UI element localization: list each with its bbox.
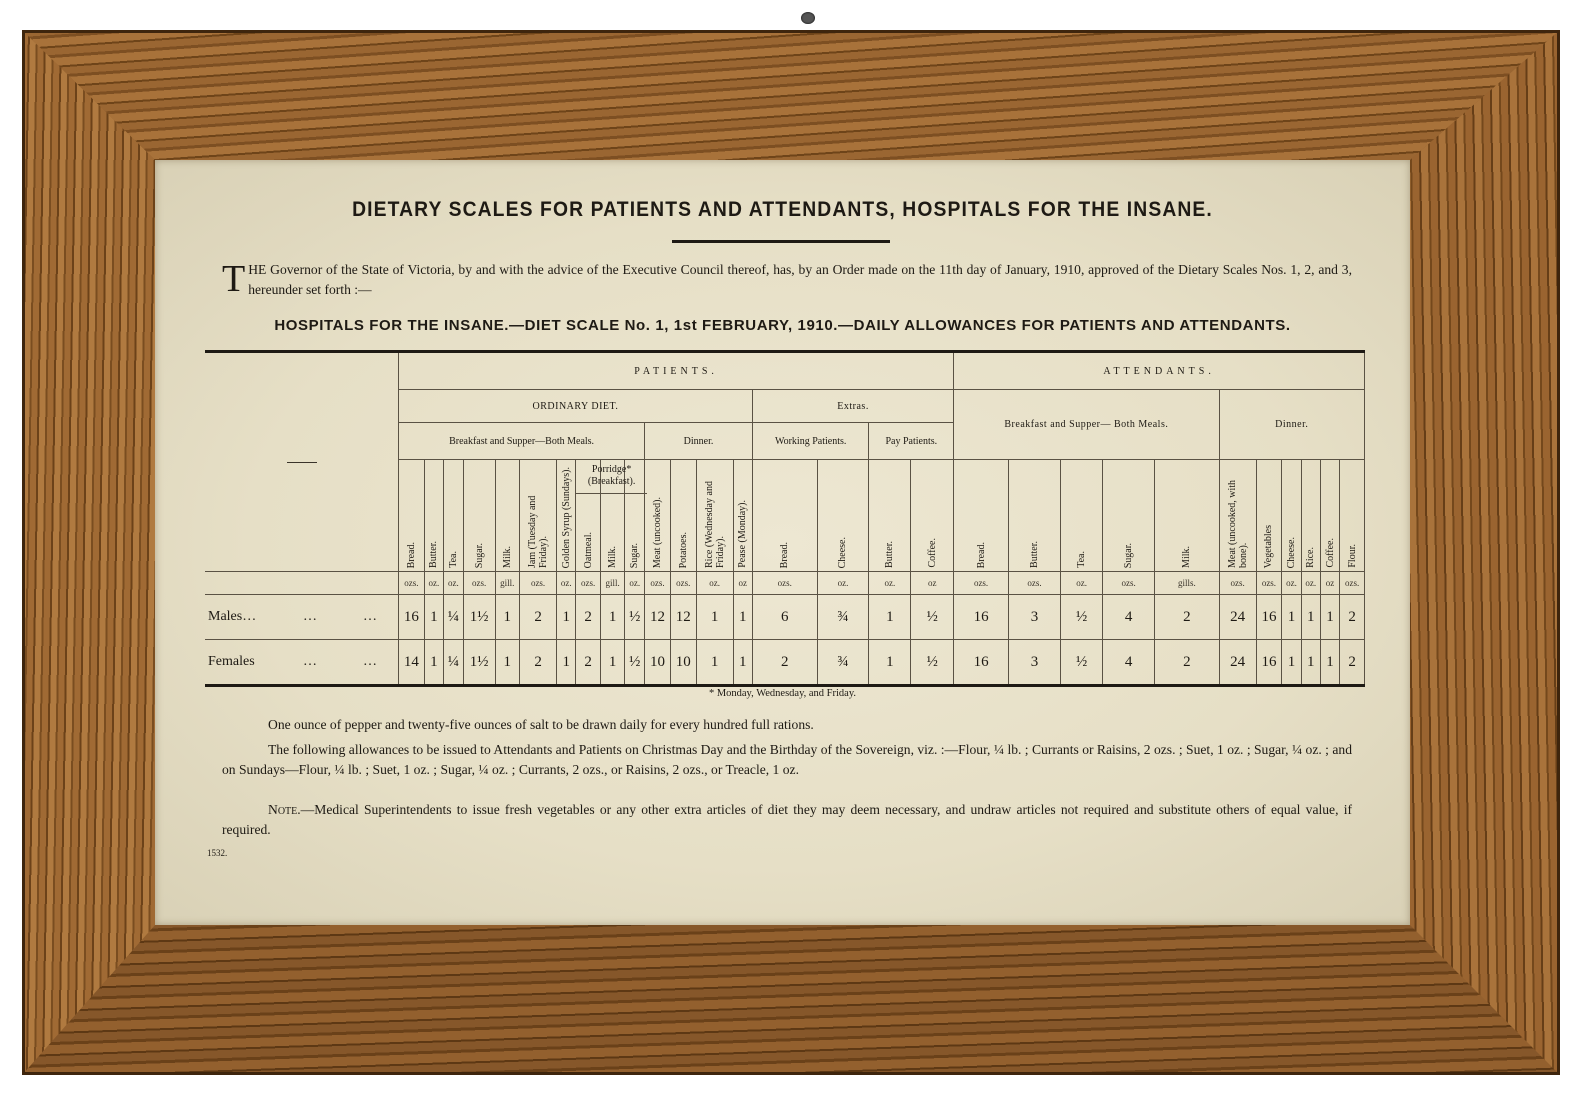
unit-cell: oz. [424,572,443,595]
note-paragraph: Note.—Medical Superintendents to issue f… [222,800,1352,840]
unit-cell: ozs. [645,572,671,595]
unit-cell: ozs. [520,572,557,595]
row-label: Males……… [205,595,399,640]
value-cell: 1 [424,640,443,686]
value-cell: 1 [600,595,625,640]
unit-cell: ozs. [1340,572,1365,595]
col-header: Cheese. [1282,460,1301,572]
table-row-females: Females…… 14 1 ¼ 1½ 1 2 1 2 1 ½ 10 10 1 … [205,640,1365,686]
value-cell: 12 [670,595,696,640]
unit-cell: ozs. [463,572,495,595]
porridge-footnote: * Monday, Wednesday, and Friday. [155,688,1410,699]
value-cell: 1 [1282,595,1301,640]
value-cell: 1 [557,640,576,686]
value-cell: 1 [557,595,576,640]
unit-cell: ozs. [752,572,817,595]
units-row: ozs. oz. oz. ozs. gill. ozs. oz. ozs. gi… [205,572,1365,595]
unit-cell: ozs. [954,572,1009,595]
unit-cell: ozs. [670,572,696,595]
row-label: Females…… [205,640,399,686]
unit-cell: oz. [1301,572,1320,595]
unit-cell: ozs. [1219,572,1256,595]
col-header: Porridge* (Breakfast). Oatmeal. [576,460,601,572]
value-cell: 1 [733,640,752,686]
col-header: Jam (Tuesday and Friday). [520,460,557,572]
value-cell: ¾ [817,640,869,686]
value-cell: 6 [752,595,817,640]
attendants-header: ATTENDANTS. [954,352,1365,390]
col-header: Flour. [1340,460,1365,572]
col-header: Milk. [495,460,520,572]
value-cell: 1½ [463,595,495,640]
unit-cell: oz. [869,572,911,595]
intro-text: HE Governor of the State of Victoria, by… [248,262,1352,297]
unit-cell: gills. [1155,572,1219,595]
col-header: Pease (Monday). [733,460,752,572]
unit-cell: ozs. [1103,572,1155,595]
value-cell: 24 [1219,595,1256,640]
value-cell: 2 [1155,595,1219,640]
value-cell: 2 [1155,640,1219,686]
unit-cell: oz. [625,572,645,595]
drop-cap: T [222,262,245,296]
col-header: Coffee. [911,460,954,572]
value-cell: 1 [869,595,911,640]
unit-cell: oz. [444,572,464,595]
value-cell: ½ [911,595,954,640]
frame-rail-right [1410,30,1560,1075]
value-cell: 16 [1256,595,1282,640]
print-number: 1532. [207,848,227,858]
value-cell: ½ [625,595,645,640]
note-label: Note. [268,802,301,817]
col-header: Rice (Wednesday and Friday). [696,460,733,572]
value-cell: 1 [1301,640,1320,686]
intro-paragraph: T HE Governor of the State of Victoria, … [222,260,1352,300]
col-header: Sugar. [463,460,495,572]
col-header: Meat (uncooked, with bone). [1219,460,1256,572]
value-cell: 16 [954,595,1009,640]
col-header: Butter. [1008,460,1060,572]
units-label-cell [205,572,399,595]
col-header: Vegetables [1256,460,1282,572]
extras-header: Extras. [752,390,953,423]
unit-cell: oz. [1282,572,1301,595]
value-cell: 1 [495,640,520,686]
patients-dinner-header: Dinner. [645,423,753,460]
value-cell: 12 [645,595,671,640]
value-cell: 2 [576,640,601,686]
value-cell: 2 [1340,640,1365,686]
value-cell: 4 [1103,595,1155,640]
unit-cell: oz [1320,572,1339,595]
col-header: Cheese. [817,460,869,572]
value-cell: 2 [520,640,557,686]
value-cell: 3 [1008,640,1060,686]
value-cell: 1 [424,595,443,640]
table-row-males: Males……… 16 1 ¼ 1½ 1 2 1 2 1 ½ 12 12 1 1… [205,595,1365,640]
holiday-allowances-paragraph: The following allowances to be issued to… [222,740,1352,780]
unit-cell: ozs. [1008,572,1060,595]
unit-cell: oz. [817,572,869,595]
value-cell: 10 [645,640,671,686]
porridge-header: Porridge* (Breakfast). [576,460,647,494]
value-cell: 3 [1008,595,1060,640]
frame-rail-left [22,30,155,1075]
unit-cell: oz. [696,572,733,595]
value-cell: 2 [752,640,817,686]
working-patients-header: Working Patients. [752,423,869,460]
value-cell: 1 [1301,595,1320,640]
pepper-salt-paragraph: One ounce of pepper and twenty-five ounc… [222,715,1352,735]
value-cell: 1 [733,595,752,640]
unit-cell: oz. [1061,572,1103,595]
col-header: Tea. [444,460,464,572]
value-cell: ½ [1061,595,1103,640]
unit-cell: gill. [600,572,625,595]
unit-cell: gill. [495,572,520,595]
unit-cell: ozs. [1256,572,1282,595]
frame-rail-top [22,30,1560,160]
corner-cell [205,352,399,572]
col-header: Golden Syrup (Sundays). [557,460,576,572]
value-cell: ¼ [444,640,464,686]
col-header: Butter. [869,460,911,572]
hanging-nail [801,12,815,24]
col-header: Meat (uncooked). [645,460,671,572]
value-cell: 16 [954,640,1009,686]
unit-cell: ozs. [576,572,601,595]
value-cell: 1 [1320,640,1339,686]
dietary-table: PATIENTS. ATTENDANTS. ORDINARY DIET. Ext… [205,350,1365,687]
value-cell: 1 [1282,640,1301,686]
note-text: —Medical Superintendents to issue fresh … [222,802,1352,837]
unit-cell: oz [733,572,752,595]
col-header: Butter. [424,460,443,572]
unit-cell: oz [911,572,954,595]
value-cell: ¾ [817,595,869,640]
value-cell: 4 [1103,640,1155,686]
printed-notice: DIETARY SCALES FOR PATIENTS AND ATTENDAN… [155,160,1410,925]
value-cell: ¼ [444,595,464,640]
value-cell: 14 [399,640,425,686]
value-cell: ½ [625,640,645,686]
col-header: Rice. [1301,460,1320,572]
patients-breakfast-supper-header: Breakfast and Supper—Both Meals. [399,423,645,460]
col-header: Sugar. [1103,460,1155,572]
value-cell: 2 [1340,595,1365,640]
unit-cell: oz. [557,572,576,595]
pay-patients-header: Pay Patients. [869,423,954,460]
patients-header: PATIENTS. [399,352,954,390]
col-header: Potatoes. [670,460,696,572]
page-title: DIETARY SCALES FOR PATIENTS AND ATTENDAN… [205,198,1360,222]
value-cell: 16 [1256,640,1282,686]
col-header: Tea. [1061,460,1103,572]
col-header: Bread. [954,460,1009,572]
col-header: Coffee. [1320,460,1339,572]
title-rule [672,240,890,243]
corner-dash [287,462,317,463]
value-cell: 1 [600,640,625,686]
value-cell: 1 [696,640,733,686]
value-cell: 2 [520,595,557,640]
ordinary-diet-header: ORDINARY DIET. [399,390,753,423]
value-cell: 1 [1320,595,1339,640]
value-cell: 2 [576,595,601,640]
value-cell: 24 [1219,640,1256,686]
value-cell: 10 [670,640,696,686]
attendants-breakfast-supper-header: Breakfast and Supper— Both Meals. [954,390,1219,460]
value-cell: 1 [869,640,911,686]
unit-cell: ozs. [399,572,425,595]
value-cell: 1½ [463,640,495,686]
value-cell: 1 [495,595,520,640]
col-header: Milk. [1155,460,1219,572]
col-header: Bread. [399,460,425,572]
frame-rail-bottom [22,925,1560,1075]
value-cell: ½ [1061,640,1103,686]
col-header: Bread. [752,460,817,572]
value-cell: 16 [399,595,425,640]
value-cell: 1 [696,595,733,640]
diet-scale-heading: HOSPITALS FOR THE INSANE.—DIET SCALE No.… [155,317,1410,334]
value-cell: ½ [911,640,954,686]
attendants-dinner-header: Dinner. [1219,390,1364,460]
